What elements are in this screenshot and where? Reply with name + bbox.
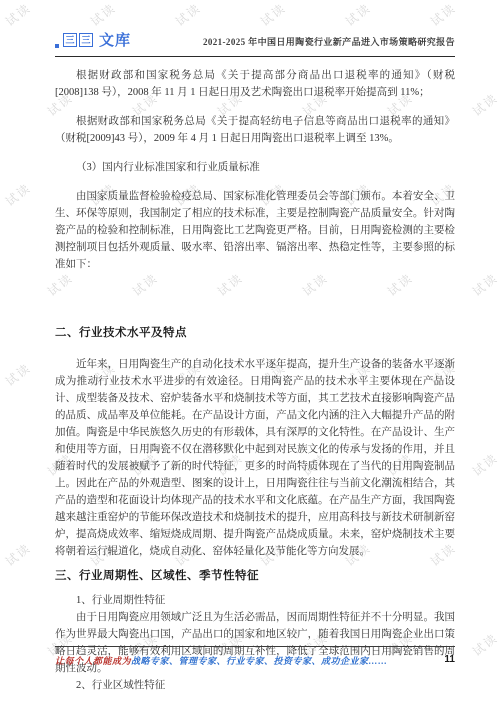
paragraph-tax-2009: 根据财政部和国家税务总局《关于提高轻纺电子信息等商品出口退税率的通知》（财税[2… — [55, 113, 455, 147]
paragraph-tech: 近年来，日用陶瓷生产的自动化技术水平逐年提高，提升生产设备的装备水平逐渐成为推动… — [55, 356, 455, 560]
page-header: 三 三 文库 2021-2025 年中国日用陶瓷行业新产品进入市场策略研究报告 — [55, 0, 455, 57]
footer-slogan: 让每个人都能成为战略专家、管理专家、行业专家、投资专家、成功企业家…… — [55, 654, 388, 667]
page-footer: 让每个人都能成为战略专家、管理专家、行业专家、投资专家、成功企业家…… 11 — [55, 646, 455, 667]
section-heading-cycle: 三、行业周期性、区域性、季节性特征 — [55, 566, 455, 586]
footer-slogan-prefix: 让每个人都能成为 — [55, 656, 131, 666]
logo-text: 文库 — [99, 29, 131, 50]
subheading-standards: （3）国内行业标准国家和行业质量标准 — [55, 159, 455, 176]
brand-logo: 三 三 文库 — [55, 29, 131, 50]
logo-box-icon: 三 — [79, 33, 93, 47]
subheading-cycle: 1、行业周期性特征 — [55, 592, 455, 609]
logo-box-icon: 三 — [63, 33, 77, 47]
logo-dot-icon — [55, 44, 59, 48]
page-number: 11 — [444, 654, 455, 665]
document-page: 试读试读试读试读试读试读试读试读试读试读试读试读试读试读试读试读试读试读试读试读… — [0, 0, 499, 706]
subheading-region: 2、行业区域性特征 — [55, 677, 455, 694]
paragraph-tax-2008: 根据财政部和国家税务总局《关于提高部分商品出口退税率的通知》（财税[2008]1… — [55, 67, 455, 101]
section-heading-tech: 二、行业技术水平及特点 — [55, 323, 455, 343]
document-title: 2021-2025 年中国日用陶瓷行业新产品进入市场策略研究报告 — [203, 35, 455, 50]
footer-slogan-items: 战略专家、管理专家、行业专家、投资专家、成功企业家…… — [131, 656, 388, 666]
paragraph-standards: 由国家质量监督检验检疫总局、国家标准化管理委员会等部门颁布。本着安全、卫生、环保… — [55, 188, 455, 273]
document-body: 根据财政部和国家税务总局《关于提高部分商品出口退税率的通知》（财税[2008]1… — [0, 57, 499, 694]
watermark-text: 试读 — [2, 0, 35, 30]
